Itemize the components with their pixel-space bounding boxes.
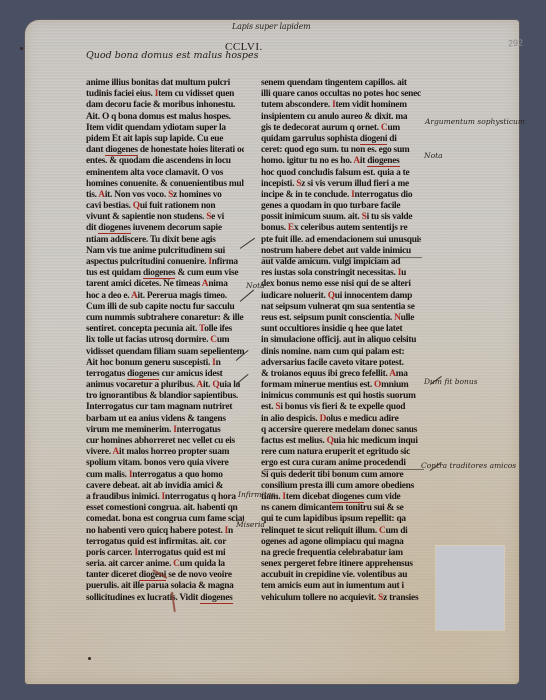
text-line: Si quis dederit tibi bonum cum amore: [261, 470, 421, 481]
paper-speck: [88, 657, 91, 660]
heading-annotation: Quod bona domus est malus hospes: [86, 50, 259, 61]
text-line: consilium presta illi cum amore obediens: [261, 481, 421, 492]
text-line: entes. & quodam die ascendens in locu: [86, 156, 244, 167]
text-line: bonus. Ex celeribus autem sententijs re: [261, 223, 421, 234]
text-line: tiam. Item dicebat diogenes cum vide: [261, 492, 421, 503]
text-line: dex bonus nemo esse nisi qui de se alter…: [261, 279, 421, 290]
text-line: q accersire querere medelam donec sanus: [261, 425, 421, 436]
text-line: tis. Ait. Non vos voco. Sz homines vo: [86, 190, 244, 201]
right-text-column: senem quendam tingentem capillos. aitill…: [261, 78, 421, 604]
text-line: nat seipsum vulnerat qm sua sententia se: [261, 302, 421, 313]
text-line: incipe & in te conclude. Interrogatus di…: [261, 190, 421, 201]
text-line: hoc quod concludis falsum est. quia a te: [261, 168, 421, 179]
text-line: seria. ait carcer anime. Cum quida la: [86, 559, 244, 570]
text-line: reus est. seipsum punit conscientia. Nul…: [261, 313, 421, 324]
text-line: cum nummis subtrahere conaretur: & ille: [86, 313, 244, 324]
text-line: tro ignorantibus & blandior sapientibus.: [86, 391, 244, 402]
paper-repair-patch: [436, 546, 504, 630]
text-line: sunt occultiores insidie q hee que latet: [261, 324, 421, 335]
text-line: Cum illi de sub capite noctu fur sacculu: [86, 302, 244, 313]
left-text-column: anime illius bonitas dat multum pulcritu…: [86, 78, 244, 604]
text-line: animus vocaretur a pluribus. Ait. Quia l…: [86, 380, 244, 391]
text-line: Nam vis tue anime pulcritudinem sui: [86, 246, 244, 257]
text-line: anime illius bonitas dat multum pulcri: [86, 78, 244, 89]
text-line: sollicitudines ex lucratis. Vidit diogen…: [86, 593, 244, 604]
text-line: dam decoru facie & moribus inhonestu.: [86, 100, 244, 111]
text-line: tem amicis eum aut in iumentum aut i: [261, 581, 421, 592]
text-line: sentiret. concepta pecunia ait. Tolle if…: [86, 324, 244, 335]
text-line: Item vidit quendam ydiotam super la: [86, 123, 244, 134]
underline-rule: [262, 257, 422, 258]
text-line: Ait. O q bona domus est malus hospes.: [86, 112, 244, 123]
text-line: homo. igitur tu no es ho. Ait diogenes: [261, 156, 421, 167]
text-line: in simulacione officij. aut in aliquo ce…: [261, 335, 421, 346]
text-line: est. Si bonus vis fieri & te expelle quo…: [261, 402, 421, 413]
text-line: comedat. bona est congrua cum fame sciat: [86, 514, 244, 525]
text-line: tarent amici dicetes. Ne timeas Anima: [86, 279, 244, 290]
pencil-page-number: 292: [508, 37, 524, 48]
text-line: cavi bestias. Qui fuit rationem non: [86, 201, 244, 212]
margin-note-miseria: Miseria: [236, 520, 265, 529]
text-line: a fraudibus inimici. Interrogatus q hora: [86, 492, 244, 503]
margin-note-nota-right: Nota: [424, 151, 443, 160]
text-line: pidem Et ait lapis sup lapide. Cu eue: [86, 134, 244, 145]
text-line: aut valde amicum. vulgi impiciam ad: [261, 257, 421, 268]
text-line: insipientem cu anulo aureo & dixit. ma: [261, 112, 421, 123]
text-line: senem quendam tingentem capillos. ait: [261, 78, 421, 89]
text-line: factus est melius. Quia hic medicum inqu…: [261, 436, 421, 447]
text-line: cavere debeat. ait ab invidia amici &: [86, 481, 244, 492]
text-line: relinquet te sicut reliquit illum. Cum d…: [261, 526, 421, 537]
text-line: ns canem dimicantem tonitru sui & se: [261, 503, 421, 514]
text-line: qui te cum lapidibus ipsum repellit: qa: [261, 514, 421, 525]
text-line: rere cum natura eruperit et egritudo sic: [261, 447, 421, 458]
text-line: senex pergeret febre itinere apprehensus: [261, 559, 421, 570]
text-line: illi quare canos occultas no potes hoc s…: [261, 89, 421, 100]
text-line: virum me meminerim. Interrogatus: [86, 425, 244, 436]
text-line: esset comestioni congrua. ait. habenti q…: [86, 503, 244, 514]
text-line: Ait hoc bonum generu suscepisti. In: [86, 358, 244, 369]
text-line: no habenti vero quicq habere potest. In: [86, 526, 244, 537]
margin-note-argumentum: Argumentum sophysticum: [425, 117, 525, 126]
text-line: lix tolle ut facias utrosq dormire. Cum: [86, 335, 244, 346]
text-line: barbam ut ea anius videns & tangens: [86, 414, 244, 425]
text-line: genes a quodam in quo turbare facile: [261, 201, 421, 212]
text-line: terrogatus quid est infirmitas. ait. cor: [86, 537, 244, 548]
text-line: vehiculum tollere no acquievit. Sz trans…: [261, 593, 421, 604]
text-line: res iustas sola constringit necessitas. …: [261, 268, 421, 279]
margin-note-nota-left: Nota: [246, 281, 265, 290]
text-line: vidisset quendam filiam suam sepelientem…: [86, 347, 244, 358]
text-line: adversarius facile caveto vitare potest.: [261, 358, 421, 369]
text-line: terrogatus diogenes cur amicus idest: [86, 369, 244, 380]
text-line: iudicare noluerit. Qui innocentem damp: [261, 291, 421, 302]
text-line: spolium vitam. bonos vero quia vivere: [86, 458, 244, 469]
text-line: vivere. Ait malos horreo propter suam: [86, 447, 244, 458]
margin-note-infirmitas: Infirmitas: [238, 490, 275, 499]
text-line: formam minerue mentius est. Omnium: [261, 380, 421, 391]
text-line: pte fuit ille. ad emendacionem sui unusq…: [261, 235, 421, 246]
text-line: vivunt & sapientie non studens. Se vi: [86, 212, 244, 223]
text-line: in alio despicis. Dolus e medicu adire: [261, 414, 421, 425]
text-line: ogenes ad agone olimpiacu qui magna: [261, 537, 421, 548]
text-line: ntiam addiscere. Tu dixit bene agis: [86, 235, 244, 246]
text-line: na grecie frequentia celebrabatur iam: [261, 548, 421, 559]
text-line: hoc a deo e. Ait. Pererua magis timeo.: [86, 291, 244, 302]
paper-speck: [20, 47, 23, 50]
underline-rule: [264, 469, 424, 470]
text-line: aspectus pulcritudini conuenire. Infirma: [86, 257, 244, 268]
text-line: dinis nomine. nam cum qui palam est:: [261, 347, 421, 358]
text-line: homines conuenite. & conuenientibus mul: [86, 179, 244, 190]
text-line: puerulis. ait ille parua solacia & magna: [86, 581, 244, 592]
text-line: tutem abscondere. Item vidit hominem: [261, 100, 421, 111]
top-margin-note: Lapis super lapidem: [232, 22, 311, 31]
text-line: poris carcer. Interrogatus quid est mi: [86, 548, 244, 559]
text-line: ceret: quod ego sum. tu non es. ego sum: [261, 145, 421, 156]
text-line: possit inimicum suum. ait. Si tu sis val…: [261, 212, 421, 223]
text-line: eminentem alta voce clamavit. O vos: [86, 168, 244, 179]
text-line: incepisti. Sz si vis verum illud fieri a…: [261, 179, 421, 190]
text-line: cum malis. Interrogatus a quo homo: [86, 470, 244, 481]
text-line: tus est quidam diogenes & cum eum vise: [86, 268, 244, 279]
text-line: quidam garrulus sophista diogeni di: [261, 134, 421, 145]
text-line: & troianos equus ibi greco fefellit. Ama: [261, 369, 421, 380]
text-line: cur homines abhorreret nec vellet cu eis: [86, 436, 244, 447]
text-line: accubuit in crepidine vie. volentibus au: [261, 570, 421, 581]
text-line: Interrogatus cur tam magnam nutriret: [86, 402, 244, 413]
text-line: inimicus communis est qui hostis suorum: [261, 391, 421, 402]
text-line: dit diogenes iuvenem decorum sapie: [86, 223, 244, 234]
text-line: gis te dedecorat aurum q ornet. Cum: [261, 123, 421, 134]
text-line: tudinis faciei eius. Item cu vidisset qu…: [86, 89, 244, 100]
text-line: nostrum habere debet aut valde inimicu: [261, 246, 421, 257]
text-line: ergo est cura curam anime procedendi: [261, 458, 421, 469]
text-line: dant diogenes de honestate hoies literat…: [86, 145, 244, 156]
